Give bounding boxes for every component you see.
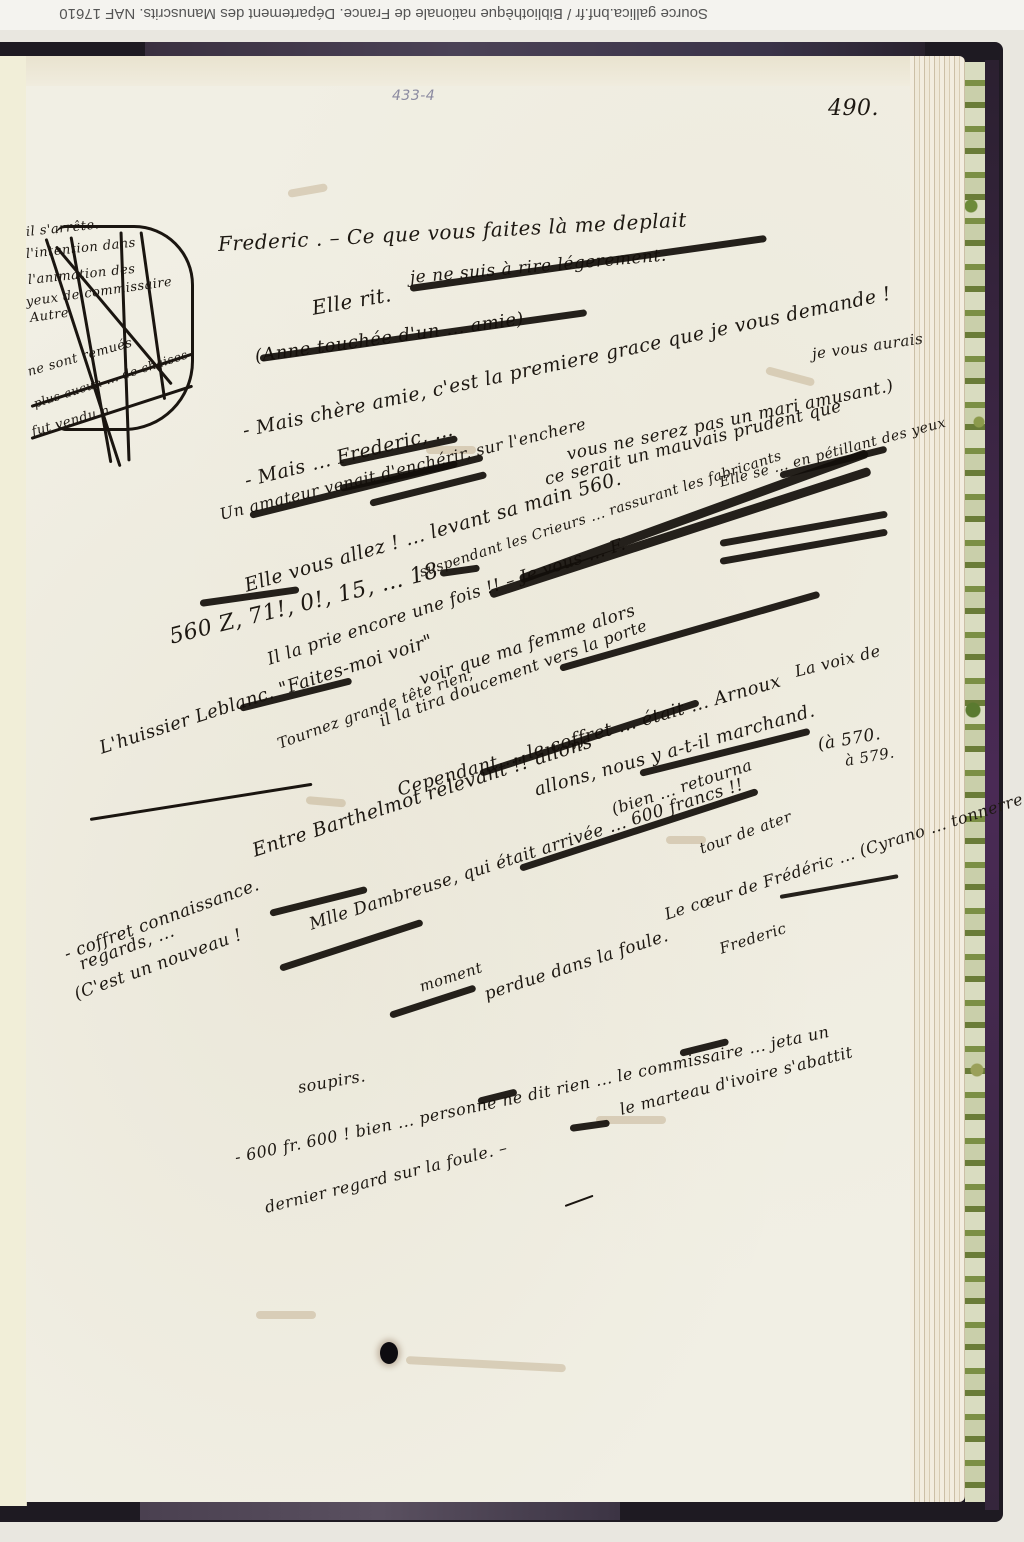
source-banner-text: Source gallica.bnf.fr / Bibliothèque nat…: [8, 5, 708, 22]
source-banner: Source gallica.bnf.fr / Bibliothèque nat…: [0, 0, 1024, 30]
stain: [406, 1356, 566, 1372]
stain: [287, 183, 328, 198]
left-page-edge: [0, 56, 27, 1506]
crossed-out-margin-note: il s'arrête. l'intention dans l'animatio…: [26, 225, 196, 470]
page-top-strip: [26, 56, 910, 87]
pencil-shelfmark: 433-4: [392, 88, 435, 104]
cover-bottom-band: [140, 1502, 620, 1520]
ink-blot: [380, 1342, 398, 1364]
marbled-endpaper: [965, 62, 985, 1502]
stain: [256, 1311, 316, 1319]
page-number: 490.: [828, 96, 879, 121]
stain: [306, 796, 347, 807]
crossout-loop: [56, 225, 194, 431]
stain: [765, 366, 815, 387]
cover-right-band: [985, 60, 999, 1510]
page-edges: [905, 56, 965, 1502]
